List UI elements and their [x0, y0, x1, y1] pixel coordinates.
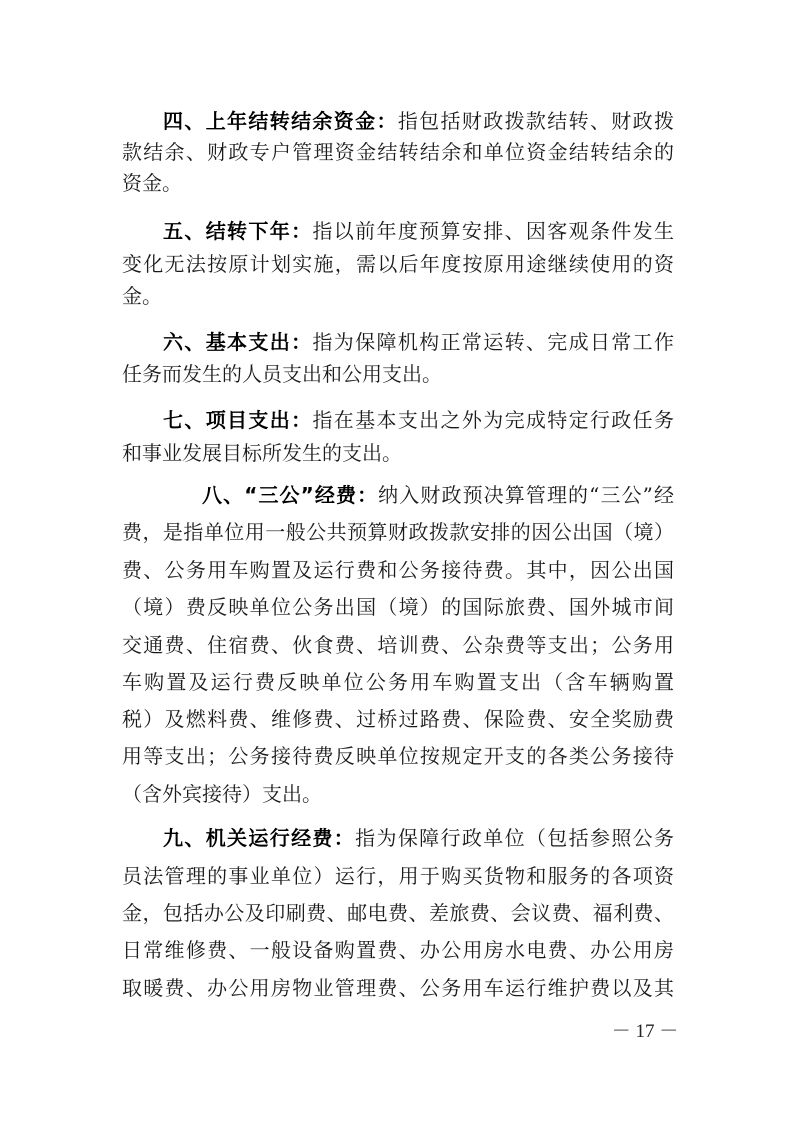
section-9-line-1: 九、机关运行经费：指为保障行政单位（包括参照公务 [163, 823, 674, 854]
section-7-heading: 七、项目支出： [163, 408, 312, 432]
section-8-heading: 八、“三公”经费： [202, 483, 378, 507]
section-5-line-1: 五、结转下年：指以前年度预算安排、因客观条件发生 [163, 216, 674, 247]
section-6-line-2: 任务而发生的人员支出和公用支出。 [122, 359, 674, 390]
section-4-line-3: 资金。 [122, 168, 674, 199]
section-8-line-2: 费，是指单位用一般公共预算财政拨款安排的因公出国（境） [122, 517, 674, 548]
section-9-heading: 九、机关运行经费： [163, 826, 355, 850]
section-4-line-2: 款结余、财政专户管理资金结转结余和单位资金结转结余的 [122, 137, 674, 168]
section-5-heading: 五、结转下年： [163, 219, 312, 243]
section-7-line-1: 七、项目支出：指在基本支出之外为完成特定行政任务 [163, 405, 674, 436]
section-9-text: 指为保障行政单位（包括参照公务 [355, 826, 674, 850]
section-8-line-8: 用等支出；公务接待费反映单位按规定开支的各类公务接待 [122, 741, 674, 772]
document-page: 四、上年结转结余资金：指包括财政拨款结转、财政拨 款结余、财政专户管理资金结转结… [0, 0, 793, 1122]
section-4-text: 指包括财政拨款结转、财政拨 [398, 109, 674, 133]
section-8-line-4: （境）费反映单位公务出国（境）的国际旅费、国外城市间 [122, 592, 674, 623]
page-number: － 17 － [600, 1016, 690, 1043]
section-9-line-2: 员法管理的事业单位）运行，用于购买货物和服务的各项资 [122, 861, 674, 892]
section-8-line-3: 费、公务用车购置及运行费和公务接待费。其中，因公出国 [122, 555, 674, 586]
section-9-line-5: 取暖费、办公用房物业管理费、公务用车运行维护费以及其 [122, 973, 674, 1004]
section-8-line-5: 交通费、住宿费、伙食费、培训费、公杂费等支出；公务用 [122, 630, 674, 661]
section-9-line-3: 金，包括办公及印刷费、邮电费、差旅费、会议费、福利费、 [122, 898, 674, 929]
section-7-line-2: 和事业发展目标所发生的支出。 [122, 438, 674, 469]
section-8-line-1: 八、“三公”经费：纳入财政预决算管理的“三公”经 [202, 480, 674, 511]
section-9-line-4: 日常维修费、一般设备购置费、办公用房水电费、办公用房 [122, 935, 674, 966]
section-7-text: 指在基本支出之外为完成特定行政任务 [312, 408, 674, 432]
section-5-line-3: 金。 [122, 281, 674, 312]
section-8-line-9: （含外宾接待）支出。 [122, 779, 674, 810]
section-5-line-2: 变化无法按原计划实施，需以后年度按原用途继续使用的资 [122, 249, 674, 280]
section-4-line-1: 四、上年结转结余资金：指包括财政拨款结转、财政拨 [163, 106, 674, 137]
section-6-text: 指为保障机构正常运转、完成日常工作 [312, 330, 674, 354]
section-8-line-6: 车购置及运行费反映单位公务用车购置支出（含车辆购置 [122, 667, 674, 698]
section-5-text: 指以前年度预算安排、因客观条件发生 [312, 219, 674, 243]
section-4-heading: 四、上年结转结余资金： [163, 109, 398, 133]
section-8-line-7: 税）及燃料费、维修费、过桥过路费、保险费、安全奖励费 [122, 704, 674, 735]
section-6-line-1: 六、基本支出：指为保障机构正常运转、完成日常工作 [163, 327, 674, 358]
section-6-heading: 六、基本支出： [163, 330, 312, 354]
section-8-text: 纳入财政预决算管理的“三公”经 [378, 483, 674, 507]
